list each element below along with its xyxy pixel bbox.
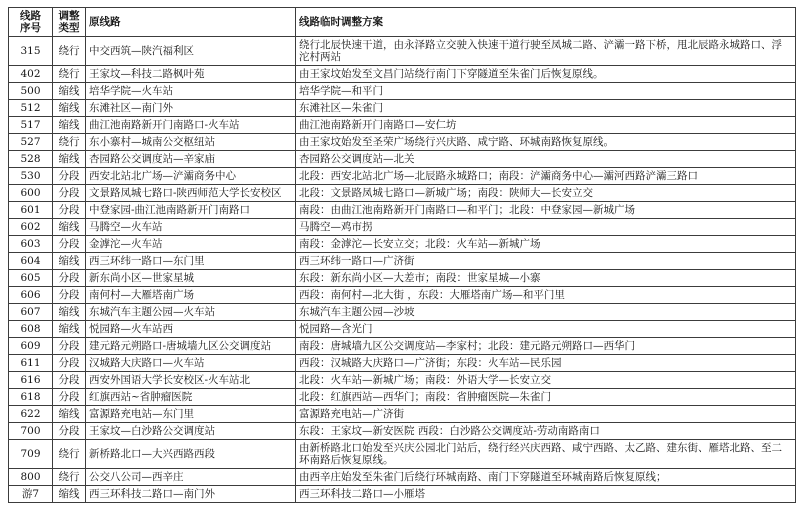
route-number-cell: 603 — [9, 236, 53, 253]
route-number-cell: 609 — [9, 338, 53, 355]
route-number-cell: 622 — [9, 406, 53, 423]
original-route-cell: 王家坟—白沙路公交调度站 — [86, 423, 296, 440]
table-row: 700分段王家坟—白沙路公交调度站东段：王家坟—新安医院 西段：白沙路公交调度站… — [9, 423, 796, 440]
table-row: 402绕行王家坟—科技二路枫叶苑由王家坟始发至文昌门站绕行南门下穿隧道至朱雀门后… — [9, 66, 796, 83]
route-number-cell: 315 — [9, 37, 53, 66]
adjust-type-cell: 缩线 — [53, 406, 86, 423]
table-row: 315绕行中交西筑—陕汽福利区绕行北辰快速干道，由永泽路立交驶入快速干道行驶至凤… — [9, 37, 796, 66]
table-row: 604缩线西三环纬一路口—东门里西三环纬一路口—广济街 — [9, 253, 796, 270]
adjust-type-cell: 分段 — [53, 236, 86, 253]
adjust-type-cell: 绕行 — [53, 66, 86, 83]
original-route-cell: 王家坟—科技二路枫叶苑 — [86, 66, 296, 83]
adjust-type-cell: 分段 — [53, 168, 86, 185]
table-row: 618分段红旗西站~省肿瘤医院北段：红旗西站—西华门；南段：省肿瘤医院—朱雀门 — [9, 389, 796, 406]
table-row: 528缩线杏园路公交调度站—辛家庙杏园路公交调度站—北关 — [9, 151, 796, 168]
route-number-cell: 602 — [9, 219, 53, 236]
table-row: 616分段西安外国语大学长安校区-火车站北北段：火车站—新城广场；南段：外语大学… — [9, 372, 796, 389]
document-page: 线路 序号 调整 类型 原线路 线路临时调整方案 315绕行中交西筑—陕汽福利区… — [0, 0, 800, 521]
route-number-cell: 800 — [9, 469, 53, 486]
table-row: 600分段文景路凤城七路口-陕西师范大学长安校区北段：文景路凤城七路口—新城广场… — [9, 185, 796, 202]
route-number-cell: 601 — [9, 202, 53, 219]
original-route-cell: 杏园路公交调度站—辛家庙 — [86, 151, 296, 168]
adjustment-plan-cell: 悦园路—含光门 — [296, 321, 796, 338]
table-row: 602缩线马腾空—火车站马腾空—鸡市拐 — [9, 219, 796, 236]
route-number-cell: 616 — [9, 372, 53, 389]
table-row: 游7缩线西三环科技二路口—南门外西三环科技二路口—小雁塔 — [9, 486, 796, 503]
adjust-type-cell: 分段 — [53, 202, 86, 219]
original-route-cell: 西安北站北广场—浐灞商务中心 — [86, 168, 296, 185]
header-adjust-type: 调整 类型 — [53, 8, 86, 37]
original-route-cell: 公交八公司—西辛庄 — [86, 469, 296, 486]
adjustment-plan-cell: 北段：火车站—新城广场；南段：外语大学—长安立交 — [296, 372, 796, 389]
table-row: 512缩线东滩社区—南门外东滩社区—朱雀门 — [9, 100, 796, 117]
table-row: 603分段金滹沱—火车站南段：金滹沱—长安立交；北段：火车站—新城广场 — [9, 236, 796, 253]
original-route-cell: 悦园路—火车站西 — [86, 321, 296, 338]
table-row: 611分段汉城路大庆路口—火车站西段：汉城路大庆路口—广济街；东段：火车站—民乐… — [9, 355, 796, 372]
adjust-type-cell: 分段 — [53, 270, 86, 287]
route-number-cell: 606 — [9, 287, 53, 304]
table-row: 608缩线悦园路—火车站西悦园路—含光门 — [9, 321, 796, 338]
adjustment-plan-cell: 南段：由曲江池南路新开门南路口—和平门；北段：中登家园—新城广场 — [296, 202, 796, 219]
original-route-cell: 建元路元朔路口-唐城墙九区公交调度站 — [86, 338, 296, 355]
adjust-type-cell: 缩线 — [53, 83, 86, 100]
adjustment-plan-cell: 马腾空—鸡市拐 — [296, 219, 796, 236]
adjustment-plan-cell: 东段：新东尚小区—大差市；南段：世家星城—小寨 — [296, 270, 796, 287]
adjust-type-cell: 分段 — [53, 185, 86, 202]
route-number-cell: 500 — [9, 83, 53, 100]
adjustment-plan-cell: 由王家坟始发至圣荣广场绕行兴庆路、咸宁路、环城南路恢复原线。 — [296, 134, 796, 151]
adjustment-plan-cell: 由新桥路北口始发至兴庆公园北门站后，绕行经兴庆西路、咸宁西路、太乙路、建东街、雁… — [296, 440, 796, 469]
adjustment-plan-cell: 绕行北辰快速干道，由永泽路立交驶入快速干道行驶至凤城二路、浐灞一路下桥，甩北辰路… — [296, 37, 796, 66]
original-route-cell: 培华学院—火车站 — [86, 83, 296, 100]
route-number-cell: 605 — [9, 270, 53, 287]
adjust-type-cell: 缩线 — [53, 304, 86, 321]
header-route-number: 线路 序号 — [9, 8, 53, 37]
adjustment-plan-cell: 西三环科技二路口—小雁塔 — [296, 486, 796, 503]
adjust-type-cell: 分段 — [53, 389, 86, 406]
adjust-type-cell: 缩线 — [53, 486, 86, 503]
adjust-type-cell: 缩线 — [53, 151, 86, 168]
table-row: 605分段新东尚小区—世家星城东段：新东尚小区—大差市；南段：世家星城—小寨 — [9, 270, 796, 287]
original-route-cell: 富源路充电站—东门里 — [86, 406, 296, 423]
header-original-route: 原线路 — [86, 8, 296, 37]
adjustment-plan-cell: 杏园路公交调度站—北关 — [296, 151, 796, 168]
table-row: 530分段西安北站北广场—浐灞商务中心北段：西安北站北广场—北辰路永城路口；南段… — [9, 168, 796, 185]
adjustment-plan-cell: 南段：唐城墙九区公交调度站—李家村；北段：建元路元朔路口—西华门 — [296, 338, 796, 355]
table-body: 315绕行中交西筑—陕汽福利区绕行北辰快速干道，由永泽路立交驶入快速干道行驶至凤… — [9, 37, 796, 503]
route-number-cell: 709 — [9, 440, 53, 469]
header-adjustment-plan: 线路临时调整方案 — [296, 8, 796, 37]
adjust-type-cell: 缩线 — [53, 100, 86, 117]
original-route-cell: 中登家园-曲江池南路新开门南路口 — [86, 202, 296, 219]
route-adjustment-table: 线路 序号 调整 类型 原线路 线路临时调整方案 315绕行中交西筑—陕汽福利区… — [8, 7, 796, 503]
adjust-type-cell: 缩线 — [53, 253, 86, 270]
table-header-row: 线路 序号 调整 类型 原线路 线路临时调整方案 — [9, 8, 796, 37]
route-number-cell: 700 — [9, 423, 53, 440]
adjustment-plan-cell: 南段：金滹沱—长安立交；北段：火车站—新城广场 — [296, 236, 796, 253]
route-number-cell: 530 — [9, 168, 53, 185]
route-number-cell: 528 — [9, 151, 53, 168]
adjustment-plan-cell: 东滩社区—朱雀门 — [296, 100, 796, 117]
route-number-cell: 527 — [9, 134, 53, 151]
route-number-cell: 517 — [9, 117, 53, 134]
table-row: 607缩线东城汽车主题公园—火车站东城汽车主题公园—沙坡 — [9, 304, 796, 321]
original-route-cell: 西三环科技二路口—南门外 — [86, 486, 296, 503]
adjustment-plan-cell: 西三环纬一路口—广济街 — [296, 253, 796, 270]
original-route-cell: 新东尚小区—世家星城 — [86, 270, 296, 287]
route-number-cell: 608 — [9, 321, 53, 338]
adjust-type-cell: 缩线 — [53, 321, 86, 338]
original-route-cell: 红旗西站~省肿瘤医院 — [86, 389, 296, 406]
original-route-cell: 新桥路北口—大兴西路西段 — [86, 440, 296, 469]
table-row: 527绕行东小寨村—城南公交枢纽站由王家坟始发至圣荣广场绕行兴庆路、咸宁路、环城… — [9, 134, 796, 151]
adjustment-plan-cell: 东城汽车主题公园—沙坡 — [296, 304, 796, 321]
original-route-cell: 金滹沱—火车站 — [86, 236, 296, 253]
adjustment-plan-cell: 富源路充电站—广济街 — [296, 406, 796, 423]
table-row: 709绕行新桥路北口—大兴西路西段由新桥路北口始发至兴庆公园北门站后，绕行经兴庆… — [9, 440, 796, 469]
adjustment-plan-cell: 北段：文景路凤城七路口—新城广场；南段：陕师大—长安立交 — [296, 185, 796, 202]
adjust-type-cell: 分段 — [53, 372, 86, 389]
adjustment-plan-cell: 培华学院—和平门 — [296, 83, 796, 100]
adjust-type-cell: 绕行 — [53, 37, 86, 66]
table-row: 800绕行公交八公司—西辛庄由西辛庄始发至朱雀门后绕行环城南路、南门下穿隧道至环… — [9, 469, 796, 486]
original-route-cell: 南何村—大雁塔南广场 — [86, 287, 296, 304]
table-row: 500缩线培华学院—火车站培华学院—和平门 — [9, 83, 796, 100]
original-route-cell: 西三环纬一路口—东门里 — [86, 253, 296, 270]
adjust-type-cell: 绕行 — [53, 440, 86, 469]
route-number-cell: 游7 — [9, 486, 53, 503]
adjustment-plan-cell: 西段：南何村—北大街 ，东段：大雁塔南广场—和平门里 — [296, 287, 796, 304]
route-number-cell: 600 — [9, 185, 53, 202]
table-row: 517缩线曲江池南路新开门南路口-火车站曲江池南路新开门南路口—安仁坊 — [9, 117, 796, 134]
original-route-cell: 中交西筑—陕汽福利区 — [86, 37, 296, 66]
adjust-type-cell: 缩线 — [53, 117, 86, 134]
route-number-cell: 611 — [9, 355, 53, 372]
original-route-cell: 汉城路大庆路口—火车站 — [86, 355, 296, 372]
original-route-cell: 曲江池南路新开门南路口-火车站 — [86, 117, 296, 134]
adjust-type-cell: 分段 — [53, 423, 86, 440]
adjustment-plan-cell: 北段：西安北站北广场—北辰路永城路口；南段：浐灞商务中心—灞河西路浐灞三路口 — [296, 168, 796, 185]
adjust-type-cell: 绕行 — [53, 469, 86, 486]
route-number-cell: 512 — [9, 100, 53, 117]
adjust-type-cell: 分段 — [53, 355, 86, 372]
original-route-cell: 东城汽车主题公园—火车站 — [86, 304, 296, 321]
table-row: 609分段建元路元朔路口-唐城墙九区公交调度站南段：唐城墙九区公交调度站—李家村… — [9, 338, 796, 355]
adjust-type-cell: 分段 — [53, 338, 86, 355]
adjust-type-cell: 缩线 — [53, 219, 86, 236]
original-route-cell: 文景路凤城七路口-陕西师范大学长安校区 — [86, 185, 296, 202]
table-row: 622缩线富源路充电站—东门里富源路充电站—广济街 — [9, 406, 796, 423]
adjustment-plan-cell: 由西辛庄始发至朱雀门后绕行环城南路、南门下穿隧道至环城南路后恢复原线； — [296, 469, 796, 486]
adjustment-plan-cell: 东段：王家坟—新安医院 西段：白沙路公交调度站-劳动南路南口 — [296, 423, 796, 440]
adjustment-plan-cell: 北段：红旗西站—西华门；南段：省肿瘤医院—朱雀门 — [296, 389, 796, 406]
original-route-cell: 马腾空—火车站 — [86, 219, 296, 236]
original-route-cell: 东滩社区—南门外 — [86, 100, 296, 117]
adjust-type-cell: 分段 — [53, 287, 86, 304]
original-route-cell: 东小寨村—城南公交枢纽站 — [86, 134, 296, 151]
route-number-cell: 618 — [9, 389, 53, 406]
table-row: 606分段南何村—大雁塔南广场西段：南何村—北大街 ，东段：大雁塔南广场—和平门… — [9, 287, 796, 304]
adjustment-plan-cell: 由王家坟始发至文昌门站绕行南门下穿隧道至朱雀门后恢复原线。 — [296, 66, 796, 83]
table-row: 601分段中登家园-曲江池南路新开门南路口南段：由曲江池南路新开门南路口—和平门… — [9, 202, 796, 219]
adjust-type-cell: 绕行 — [53, 134, 86, 151]
route-number-cell: 604 — [9, 253, 53, 270]
adjustment-plan-cell: 西段：汉城路大庆路口—广济街；东段：火车站—民乐园 — [296, 355, 796, 372]
adjustment-plan-cell: 曲江池南路新开门南路口—安仁坊 — [296, 117, 796, 134]
route-number-cell: 607 — [9, 304, 53, 321]
original-route-cell: 西安外国语大学长安校区-火车站北 — [86, 372, 296, 389]
route-number-cell: 402 — [9, 66, 53, 83]
